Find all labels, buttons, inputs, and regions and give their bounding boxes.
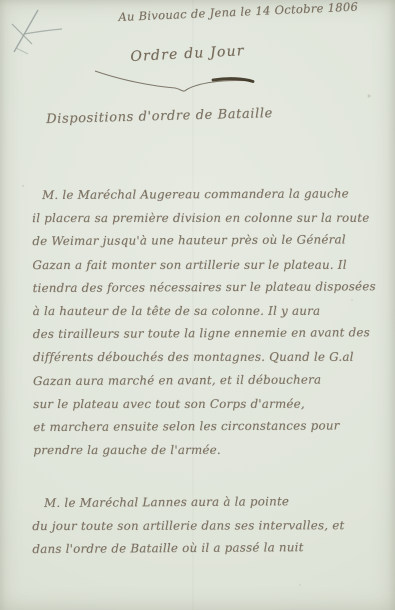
manuscript-line: et marchera ensuite selon les circonstan… <box>33 414 391 439</box>
paragraph-augereau-orders: M. le Maréchal Augereau commandera la ga… <box>32 182 391 462</box>
dateline: Au Bivouac de Jena le 14 Octobre 1806 <box>118 0 358 24</box>
manuscript-page: Au Bivouac de Jena le 14 Octobre 1806 Or… <box>0 0 395 610</box>
manuscript-line: Gazan a fait monter son artillerie sur l… <box>32 253 390 277</box>
paragraph-lannes-orders: M. le Maréchal Lannes aura à la pointe d… <box>32 490 390 562</box>
page-title-ordre-du-jour: Ordre du Jour <box>130 43 245 65</box>
manuscript-line: de Weimar jusqu'à une hauteur près où le… <box>32 229 390 254</box>
manuscript-line: dans l'ordre de Bataille où il a passé l… <box>32 536 390 562</box>
manuscript-line: sur le plateau avec tout son Corps d'arm… <box>33 393 391 417</box>
manuscript-line: à la hauteur de la tête de sa colonne. I… <box>33 300 391 324</box>
ink-flourish-underline <box>55 64 300 108</box>
manuscript-line: du jour toute son artillerie dans ses in… <box>32 514 390 538</box>
manuscript-line: tiendra des forces nécessaires sur le pl… <box>32 275 390 300</box>
manuscript-line: des tirailleurs sur toute la ligne ennem… <box>33 321 391 346</box>
manuscript-line: différents débouchés des montagnes. Quan… <box>33 346 391 370</box>
manuscript-line: prendre la gauche de l'armée. <box>33 439 391 463</box>
manuscript-line: M. le Maréchal Augereau commandera la ga… <box>32 182 390 207</box>
pencil-cross-icon <box>2 2 68 64</box>
manuscript-line: il placera sa première division en colon… <box>32 207 390 231</box>
section-heading-dispositions: Dispositions d'ordre de Bataille <box>46 106 273 127</box>
manuscript-line: Gazan aura marché en avant, et il débouc… <box>33 368 391 393</box>
manuscript-line: M. le Maréchal Lannes aura à la pointe <box>32 490 390 516</box>
